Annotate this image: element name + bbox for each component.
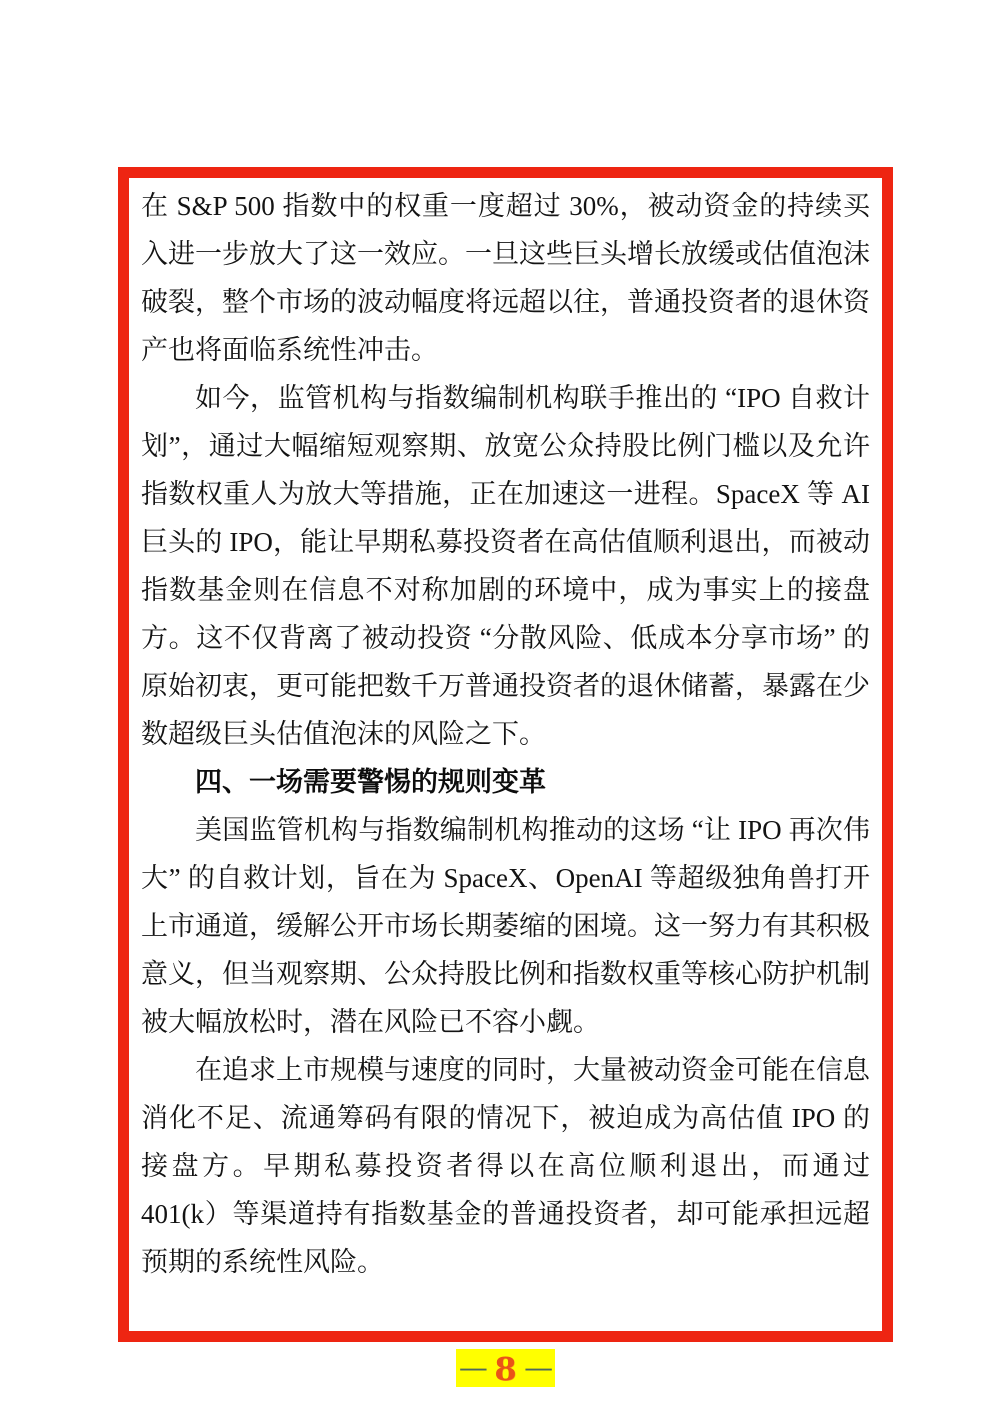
page-number-highlight: —8— bbox=[456, 1349, 554, 1387]
page-number: 8 bbox=[494, 1350, 516, 1388]
page-number-dash-left: — bbox=[460, 1349, 485, 1387]
document-page: 在 S&P 500 指数中的权重一度超过 30%，被动资金的持续买入进一步放大了… bbox=[0, 0, 1000, 1414]
page-border-frame: 在 S&P 500 指数中的权重一度超过 30%，被动资金的持续买入进一步放大了… bbox=[118, 167, 893, 1342]
page-content: 在 S&P 500 指数中的权重一度超过 30%，被动资金的持续买入进一步放大了… bbox=[129, 178, 882, 1331]
body-paragraph: 美国监管机构与指数编制机构推动的这场 “让 IPO 再次伟大” 的自救计划，旨在… bbox=[141, 806, 870, 1046]
section-heading: 四、一场需要警惕的规则变革 bbox=[141, 758, 870, 806]
body-paragraph: 在 S&P 500 指数中的权重一度超过 30%，被动资金的持续买入进一步放大了… bbox=[141, 182, 870, 374]
page-number-dash-right: — bbox=[526, 1349, 551, 1387]
body-paragraph: 如今，监管机构与指数编制机构联手推出的 “IPO 自救计划”，通过大幅缩短观察期… bbox=[141, 374, 870, 758]
body-paragraph: 在追求上市规模与速度的同时，大量被动资金可能在信息消化不足、流通筹码有限的情况下… bbox=[141, 1046, 870, 1286]
page-footer: —8— bbox=[141, 1346, 870, 1387]
